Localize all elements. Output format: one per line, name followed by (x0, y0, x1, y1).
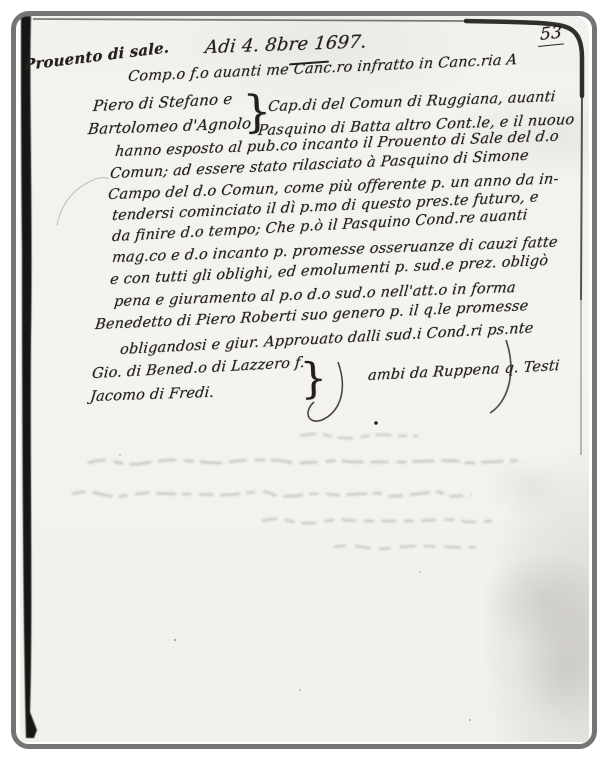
crease-mark (57, 178, 109, 225)
curly-brace-glyph: } (299, 357, 327, 400)
ink-specks (119, 421, 471, 721)
bleed-through-lines (72, 434, 517, 549)
paper-right-edge (581, 96, 582, 300)
binding-shadow-left (21, 16, 37, 738)
folio-number: 53 (538, 22, 564, 47)
document-scan: 53 Adi 4. 8bre 1697. Prouento di sale. C… (0, 0, 609, 760)
paper-top-edge (33, 19, 468, 21)
